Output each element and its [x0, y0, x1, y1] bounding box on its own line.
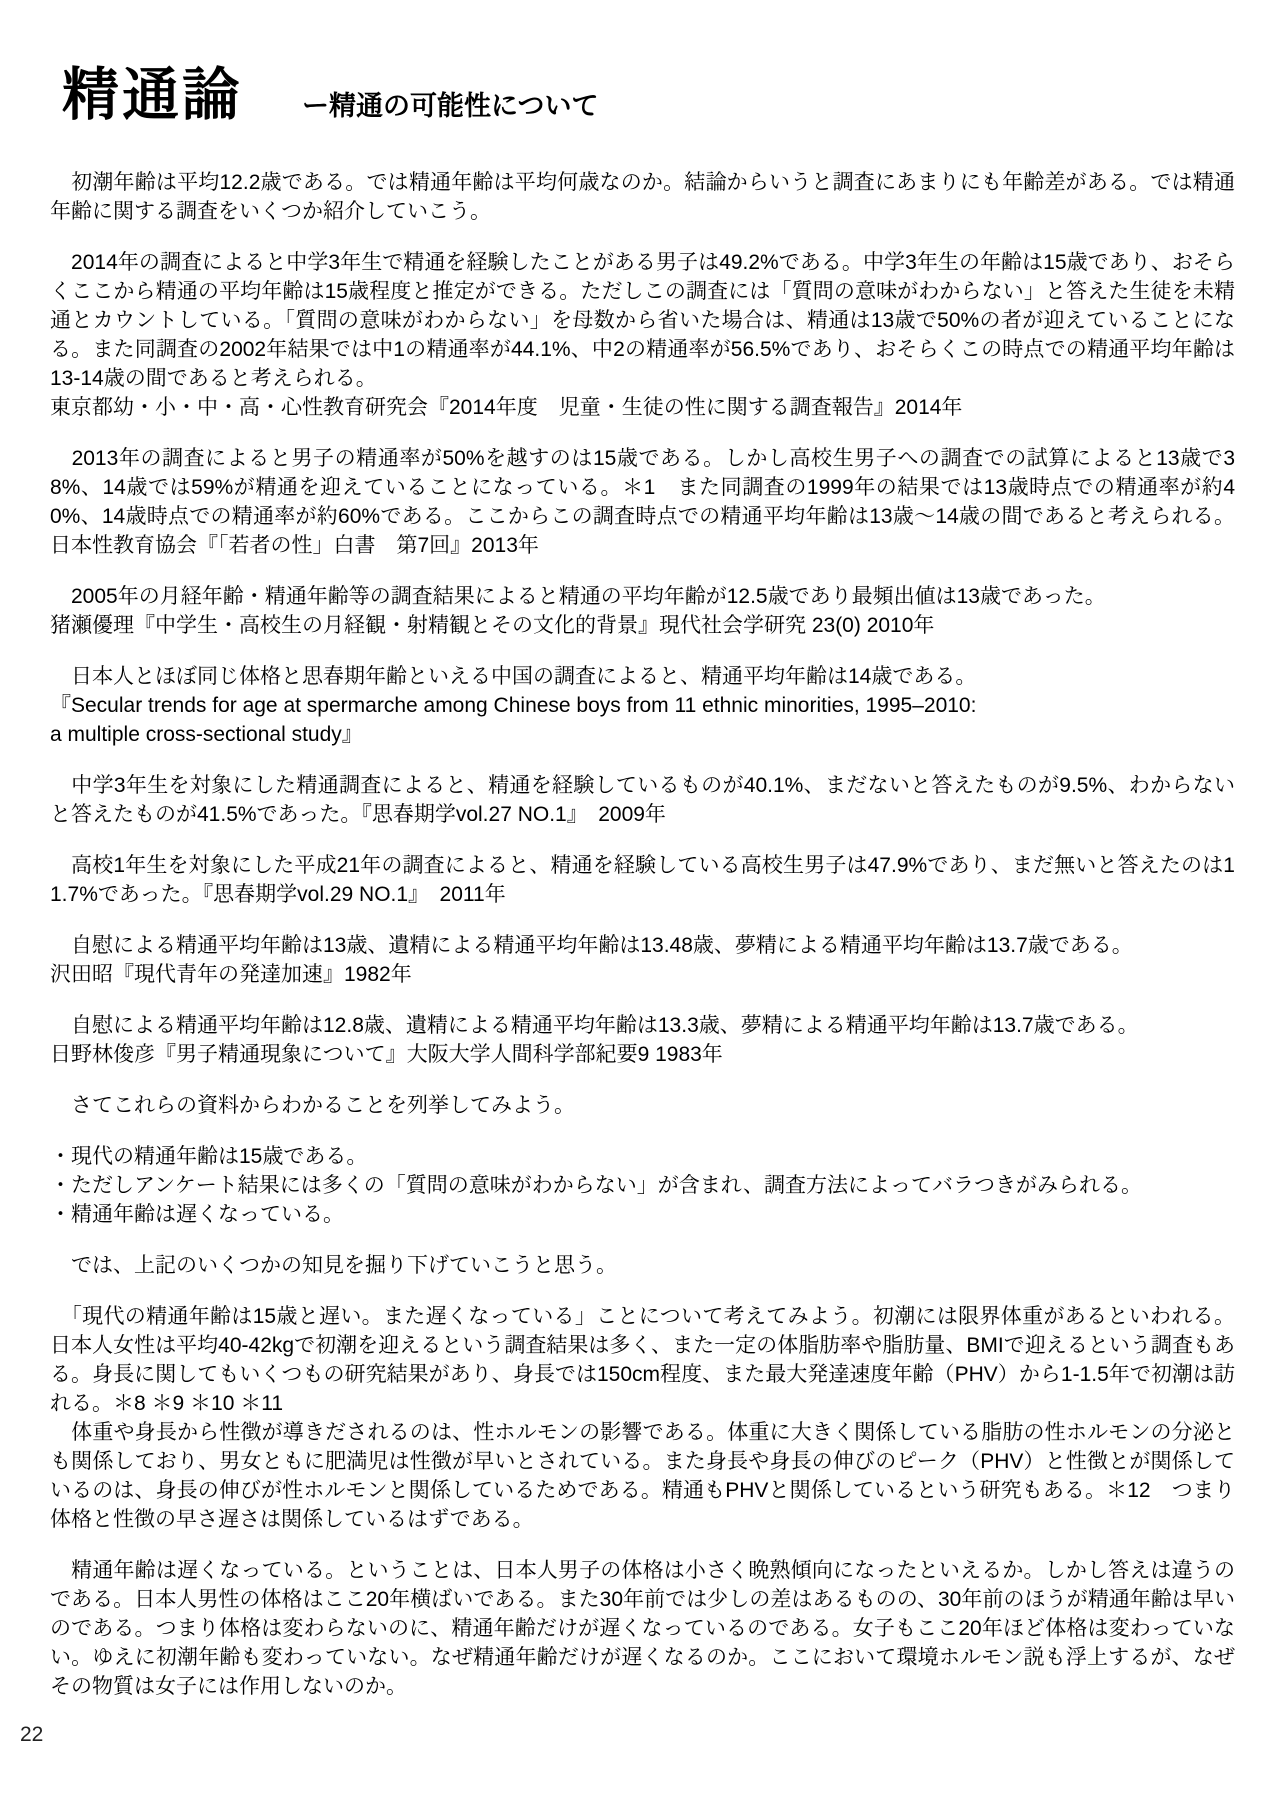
body-text: 初潮年齢は平均12.2歳である。では精通年齢は平均何歳なのか。結論からいうと調査…	[50, 168, 1235, 1701]
page-subtitle: ー精通の可能性について	[302, 93, 598, 124]
paragraph-survey-2005: 2005年の月経年齢・精通年齢等の調査結果によると精通の平均年齢が12.5歳であ…	[50, 582, 1235, 640]
paragraph-intro: 初潮年齢は平均12.2歳である。では精通年齢は平均何歳なのか。結論からいうと調査…	[50, 168, 1235, 226]
paragraph-survey-2013: 2013年の調査によると男子の精通率が50%を越すのは15歳である。しかし高校生…	[50, 444, 1235, 560]
paragraph-conclusion-discussion: 精通年齢は遅くなっている。ということは、日本人男子の体格は小さく晩熟傾向になった…	[50, 1556, 1235, 1701]
paragraph-china-study: 日本人とほぼ同じ体格と思春期年齢といえる中国の調査によると、精通平均年齢は14歳…	[50, 662, 1235, 749]
page-number: 22	[20, 1723, 43, 1747]
paragraph-survey-2014: 2014年の調査によると中学3年生で精通を経験したことがある男子は49.2%であ…	[50, 248, 1235, 422]
paragraph-high-school-survey: 高校1年生を対象にした平成21年の調査によると、精通を経験している高校生男子は4…	[50, 851, 1235, 909]
paragraph-sawada-1982: 自慰による精通平均年齢は13歳、遺精による精通平均年齢は13.48歳、夢精による…	[50, 931, 1235, 989]
paragraph-summary-lead: さてこれらの資料からわかることを列挙してみよう。	[50, 1091, 1235, 1120]
page-title: 精通論	[62, 67, 242, 124]
paragraph-body-weight-discussion: 「現代の精通年齢は15歳と遅い。また遅くなっている」ことについて考えてみよう。初…	[50, 1302, 1235, 1534]
page-content: 精通論 ー精通の可能性について 初潮年齢は平均12.2歳である。では精通年齢は平…	[50, 52, 1235, 1723]
paragraph-hinobayashi-1983: 自慰による精通平均年齢は12.8歳、遺精による精通平均年齢は13.3歳、夢精によ…	[50, 1011, 1235, 1069]
title-row: 精通論 ー精通の可能性について	[62, 52, 1235, 124]
paragraph-junior-high-survey: 中学3年生を対象にした精通調査によると、精通を経験しているものが40.1%、まだ…	[50, 771, 1235, 829]
document-page: 精通論 ー精通の可能性について 初潮年齢は平均12.2歳である。では精通年齢は平…	[0, 0, 1280, 1795]
paragraph-transition: では、上記のいくつかの知見を掘り下げていこうと思う。	[50, 1251, 1235, 1280]
paragraph-bullet-list: ・現代の精通年齢は15歳である。 ・ただしアンケート結果には多くの「質問の意味が…	[50, 1142, 1235, 1229]
